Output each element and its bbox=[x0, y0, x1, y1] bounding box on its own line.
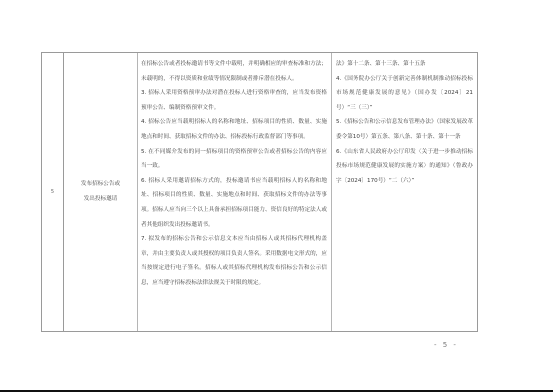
legal-basis-cell: 法》第十二条、第十三条、第十五条 4.《国务院办公厅关于创新完善体制机制推动招标… bbox=[332, 53, 477, 331]
page-number: - 5 - bbox=[434, 341, 458, 349]
step-name-line: 发出投标邀请 bbox=[84, 192, 118, 207]
basis-paragraph: 4.《国务院办公厅关于创新完善体制机制推动招标投标市场规范健康发展的意见》（国办… bbox=[336, 72, 473, 116]
content-paragraph: 3. 招标人采用资格预审办法对潜在投标人进行资格审查的，应当发布资格预审公告、编… bbox=[141, 86, 327, 115]
basis-paragraph: 5.《招标公告和公示信息发布管理办法》（国家发展改革委令第10号）第五条、第八条… bbox=[336, 115, 473, 144]
basis-paragraph: 6.《山东省人民政府办公厅印发〈关于进一步推动招标投标市场规范健康发展的实施方案… bbox=[336, 145, 473, 189]
content-paragraph: 7. 拟发布的招标公告和公示信息文本应当由招标人或其招标代理机构盖章，并由主要负… bbox=[141, 232, 327, 290]
basis-paragraph: 法》第十二条、第十三条、第十五条 bbox=[336, 57, 473, 72]
content-paragraph: 在招标公告或者投标邀请书等文件中载明，并明确相应的审查标准和方法；未载明的，不得… bbox=[141, 57, 327, 86]
content-paragraph: 6. 招标人采用邀请招标方式的，投标邀请书应当载明招标人的名称和地址、招标项目的… bbox=[141, 174, 327, 232]
content-cell: 在招标公告或者投标邀请书等文件中载明，并明确相应的审查标准和方法；未载明的，不得… bbox=[138, 53, 332, 331]
row-number-cell: 5 bbox=[42, 53, 64, 331]
step-name-line: 发布招标公告或 bbox=[81, 177, 120, 192]
step-name-cell: 发布招标公告或 发出投标邀请 bbox=[64, 53, 138, 331]
document-page: 5 发布招标公告或 发出投标邀请 在招标公告或者投标邀请书等文件中载明，并明确相… bbox=[0, 0, 553, 392]
content-paragraph: 4. 招标公告应当载明招标人的名称和地址、招标项目的性质、数量、实施地点和时间、… bbox=[141, 115, 327, 144]
row-number: 5 bbox=[51, 189, 54, 195]
procedure-table: 5 发布招标公告或 发出投标邀请 在招标公告或者投标邀请书等文件中载明，并明确相… bbox=[41, 52, 478, 332]
content-paragraph: 5. 在不同媒介发布的同一招标项目的资格预审公告或者招标公告的内容应当一致。 bbox=[141, 145, 327, 174]
